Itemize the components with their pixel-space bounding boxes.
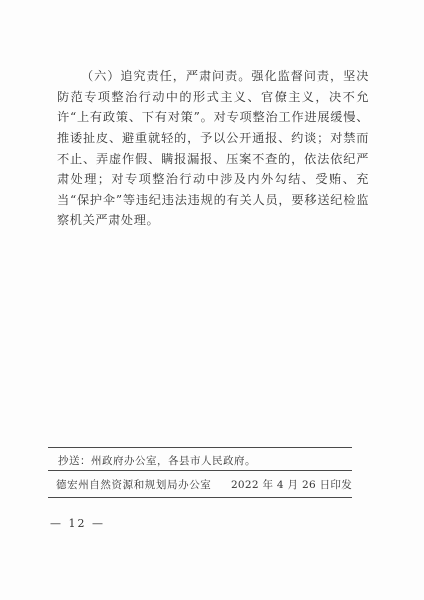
document-page: （六）追究责任，严肃问责。强化监督问责，坚决防范专项整治行动中的形式主义、官僚主…	[0, 0, 424, 600]
page-number: — 12 —	[50, 517, 105, 530]
issue-date: 2022 年 4 月 26 日印发	[231, 477, 352, 492]
issuing-office: 德宏州自然资源和规划局办公室	[56, 477, 211, 492]
footer-top-rule	[48, 447, 352, 448]
cc-recipients: 抄送：州政府办公室，各县市人民政府。	[58, 453, 256, 468]
body-paragraph: （六）追究责任，严肃问责。强化监督问责，坚决防范专项整治行动中的形式主义、官僚主…	[57, 66, 369, 231]
footer-middle-rule	[48, 470, 352, 471]
footer-bottom-rule	[48, 497, 352, 498]
